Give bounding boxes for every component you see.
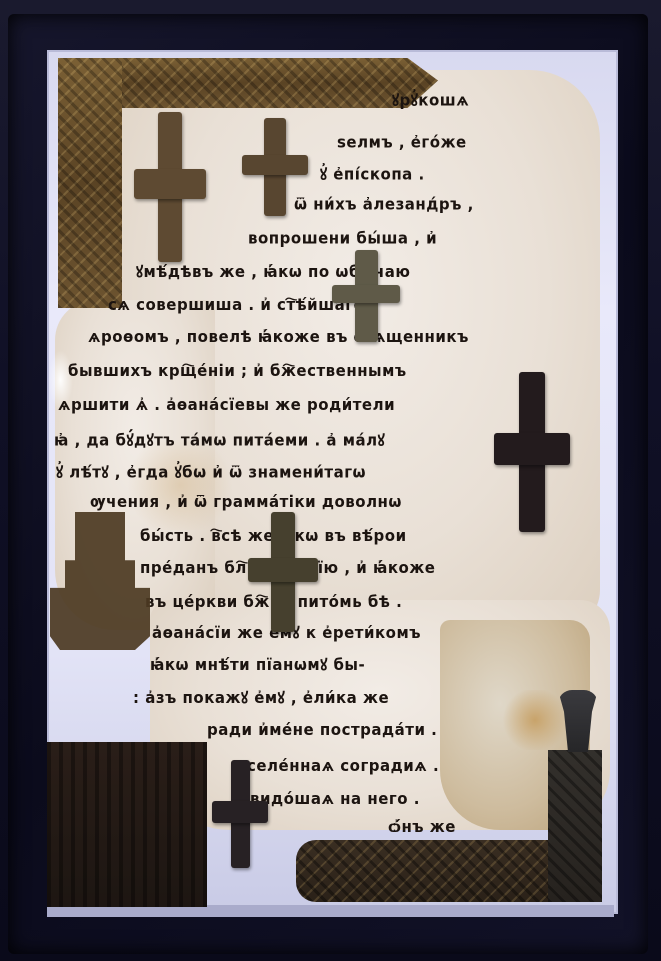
- manuscript-line: ради и҆ме́не пострада́ти .: [207, 721, 437, 740]
- cross-right-dark-icon: [494, 372, 570, 532]
- manuscript-line: ѻ҆́нъ же: [388, 818, 456, 837]
- manuscript-line: видо́шаѧ на него .: [250, 790, 420, 809]
- manuscript-line: ѧроѳомъ , повелѣ ꙗ҆́коже въ свѧщенникъ: [88, 328, 469, 347]
- cross-bottom-icon: [212, 760, 268, 868]
- manuscript-line: ѿ ни́хъ а҆лезанд́ръ ,: [294, 195, 474, 214]
- book-cover-ornament-left: [58, 58, 122, 308]
- manuscript-line: ѹчения , и҆ ѿ грамма́тіки доволнѡ: [90, 493, 402, 512]
- manuscript-line: ꙗ҆́кѡ мнѣ́ти пїанѡмꙋ бы-: [150, 655, 365, 676]
- cross-center-ornate-icon: [248, 512, 318, 632]
- water-stain: [500, 690, 570, 750]
- book-cover-ornament-right: [548, 750, 602, 902]
- manuscript-line: вопрошени бы́ша , и҆: [248, 229, 437, 248]
- paper-stain: [120, 440, 240, 530]
- book-cover-fragment-bottom-left: [47, 742, 207, 907]
- manuscript-line: ꙋ҆ лѣ́тꙋ , е҆гда ꙋ҆бѡ и҆ ѿ знамени́тагѡ: [56, 462, 366, 483]
- cross-top-center-icon: [242, 118, 308, 216]
- manuscript-line: ѧршити ѧ҆ . а҆ѳана́сїевы же роди́тели: [58, 396, 395, 415]
- manuscript-line: : а҆зъ покажꙋ е҆мꙋ , е҆ли́ка же: [133, 688, 389, 709]
- cross-top-left-icon: [134, 112, 206, 262]
- manuscript-line: ꙋрꙋ҆кошѧ: [392, 90, 469, 111]
- cross-center-thin-icon: [332, 250, 400, 342]
- manuscript-line: ꙗ҆ , да бꙋ́дꙋтъ та́мѡ пита́еми . а҆ ма́л…: [54, 430, 385, 451]
- manuscript-line: бывшихъ крщ҇е́ніи ; и҆ бж҇ественнымъ: [68, 362, 407, 381]
- manuscript-line: сѧ совершиша . и҆ ст҇ѣ́йшаго: [108, 296, 364, 315]
- manuscript-line: ꙋ҆ е҆пі́скопа .: [320, 164, 425, 185]
- manuscript-line: ѕелмъ , е҆го́же: [337, 133, 467, 152]
